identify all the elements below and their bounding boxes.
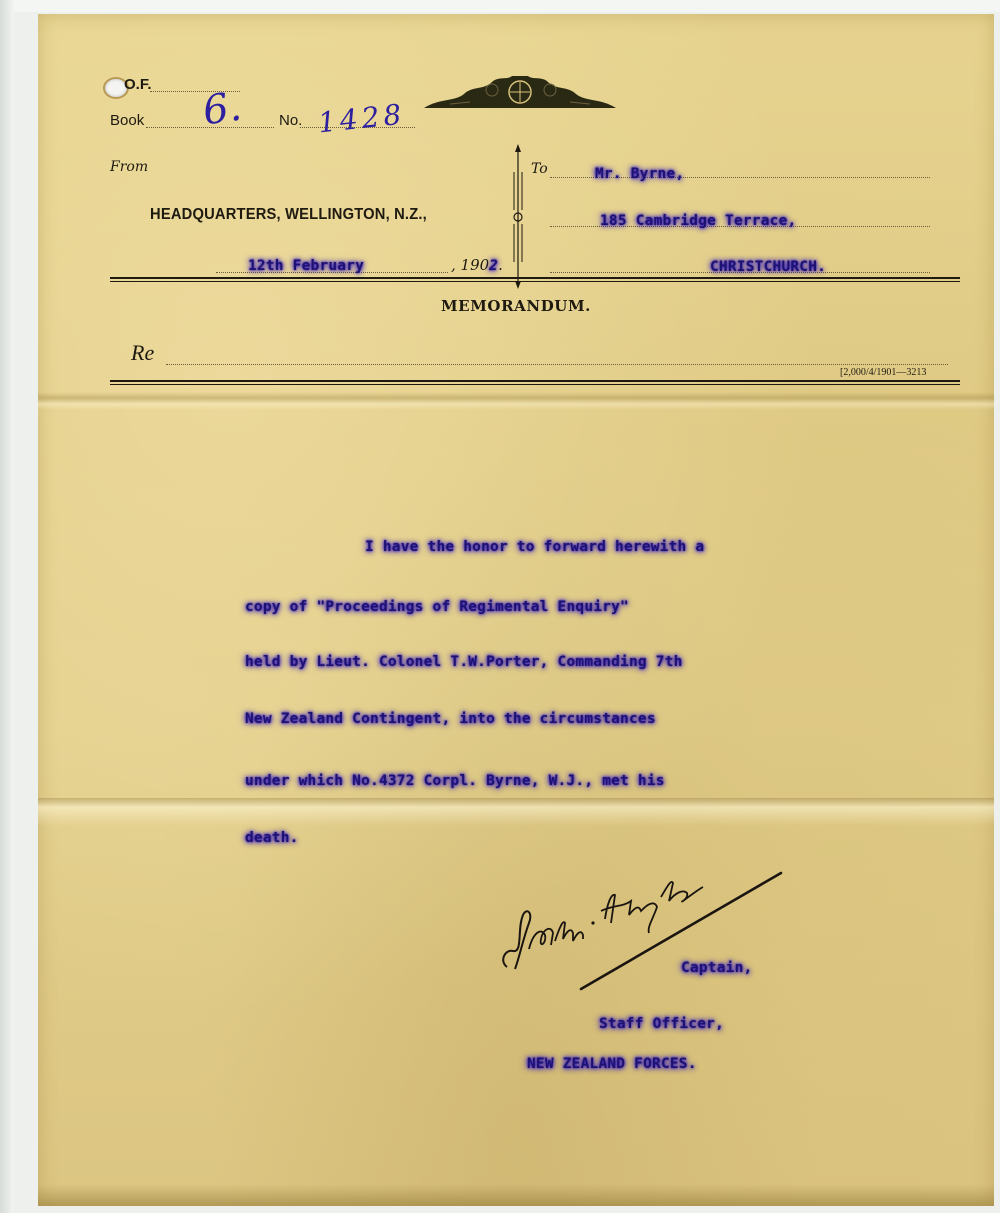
form-print-code: [2,000/4/1901—3213 — [840, 367, 926, 378]
double-rule — [110, 384, 960, 385]
memorandum-paper: O.F. Book 6. No. 1428 From HEADQUARTERS,… — [38, 14, 994, 1206]
body-text-line: under which No.4372 Corpl. Byrne, W.J., … — [245, 773, 665, 789]
body-text-line: New Zealand Contingent, into the circums… — [245, 711, 656, 727]
book-number-handwritten: 6. — [200, 84, 244, 135]
body-text-line: death. — [245, 830, 299, 846]
royal-coat-of-arms-icon — [420, 72, 620, 112]
double-rule — [110, 380, 960, 382]
number-label: No. — [279, 112, 302, 129]
signatory-organization: NEW ZEALAND FORCES. — [527, 1056, 697, 1072]
date-typed: 12th February — [248, 258, 364, 274]
recipient-address-line: CHRISTCHURCH. — [710, 259, 826, 275]
signatory-title: Staff Officer, — [599, 1016, 724, 1032]
double-rule — [110, 281, 960, 282]
recipient-address-line: 185 Cambridge Terrace, — [600, 213, 796, 229]
fold-crease — [38, 798, 994, 826]
paper-bottom-edge — [38, 1184, 994, 1206]
scanner-border-top — [0, 0, 1000, 12]
re-label: Re — [131, 340, 154, 366]
date-year-printed: , 1902. — [451, 256, 503, 274]
ornamental-divider-icon — [508, 144, 528, 289]
body-text-line: held by Lieut. Colonel T.W.Porter, Comma… — [245, 654, 683, 670]
double-rule — [110, 277, 960, 279]
recipient-address-line: Mr. Byrne, — [595, 166, 684, 182]
date-year-typed: 2 — [489, 258, 498, 274]
handwritten-signature — [493, 849, 783, 999]
form-prefix: O.F. — [124, 76, 152, 93]
re-field-line — [166, 364, 948, 365]
fold-crease — [38, 392, 994, 410]
memo-number-handwritten: 1428 — [317, 98, 407, 140]
body-text-line: copy of "Proceedings of Regimental Enqui… — [245, 599, 629, 615]
book-label: Book — [110, 112, 144, 129]
body-text-line: I have the honor to forward herewith a — [365, 539, 704, 555]
from-label: From — [110, 159, 148, 175]
to-label: To — [531, 161, 548, 177]
scanner-border-left — [0, 0, 14, 1213]
signatory-rank: Captain, — [681, 960, 752, 976]
form-title: MEMORANDUM. — [38, 297, 994, 315]
sender-office: HEADQUARTERS, WELLINGTON, N.Z., — [150, 206, 427, 224]
